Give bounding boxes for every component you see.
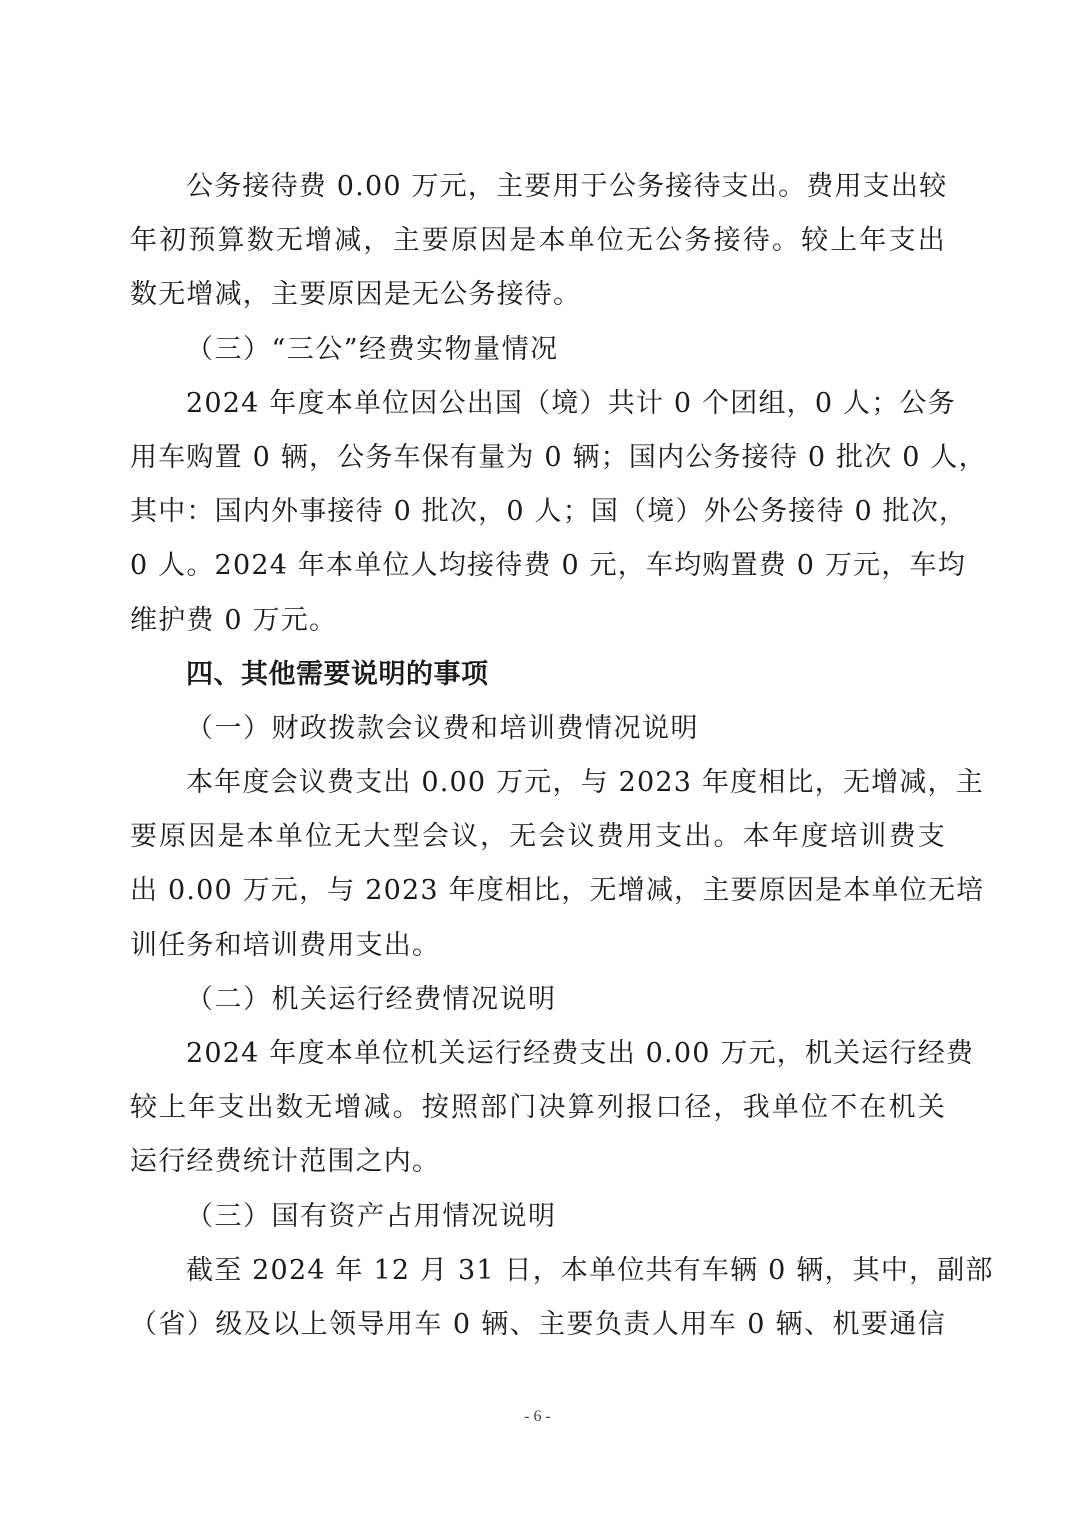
body-line: 用车购置 0 辆，公务车保有量为 0 辆；国内公务接待 0 批次 0 人， xyxy=(130,431,946,485)
subheading-operating-expenses: （二）机关运行经费情况说明 xyxy=(130,973,946,1027)
body-line: 维护费 0 万元。 xyxy=(130,594,946,648)
body-line: 0 人。2024 年本单位人均接待费 0 元，车均购置费 0 万元，车均 xyxy=(130,539,946,593)
subheading-meeting-training: （一）财政拨款会议费和培训费情况说明 xyxy=(130,702,946,756)
body-line: 本年度会议费支出 0.00 万元，与 2023 年度相比，无增减，主 xyxy=(130,756,946,810)
body-line: 其中：国内外事接待 0 批次，0 人；国（境）外公务接待 0 批次， xyxy=(130,485,946,539)
body-line: 要原因是本单位无大型会议，无会议费用支出。本年度培训费支 xyxy=(130,810,946,864)
body-line: 训任务和培训费用支出。 xyxy=(130,919,946,973)
body-line: 运行经费统计范围之内。 xyxy=(130,1135,946,1189)
body-line: 2024 年度本单位因公出国（境）共计 0 个团组，0 人；公务 xyxy=(130,377,946,431)
body-line: 2024 年度本单位机关运行经费支出 0.00 万元，机关运行经费 xyxy=(130,1027,946,1081)
body-line: 年初预算数无增减，主要原因是本单位无公务接待。较上年支出 xyxy=(130,214,946,268)
subheading-sangong-physical: （三）“三公”经费实物量情况 xyxy=(130,323,946,377)
body-line: 较上年支出数无增减。按照部门决算列报口径，我单位不在机关 xyxy=(130,1081,946,1135)
subheading-state-assets: （三）国有资产占用情况说明 xyxy=(130,1190,946,1244)
body-line: 出 0.00 万元，与 2023 年度相比，无增减，主要原因是本单位无培 xyxy=(130,864,946,918)
body-line: 数无增减，主要原因是无公务接待。 xyxy=(130,268,946,322)
body-line: 截至 2024 年 12 月 31 日，本单位共有车辆 0 辆，其中，副部 xyxy=(130,1244,946,1298)
body-line: 公务接待费 0.00 万元，主要用于公务接待支出。费用支出较 xyxy=(130,160,946,214)
section-heading-other-matters: 四、其他需要说明的事项 xyxy=(130,648,946,702)
page-number: - 6 - xyxy=(0,1408,1075,1426)
body-line: （省）级及以上领导用车 0 辆、主要负责人用车 0 辆、机要通信 xyxy=(130,1298,946,1352)
document-page: 公务接待费 0.00 万元，主要用于公务接待支出。费用支出较 年初预算数无增减，… xyxy=(130,160,946,1352)
